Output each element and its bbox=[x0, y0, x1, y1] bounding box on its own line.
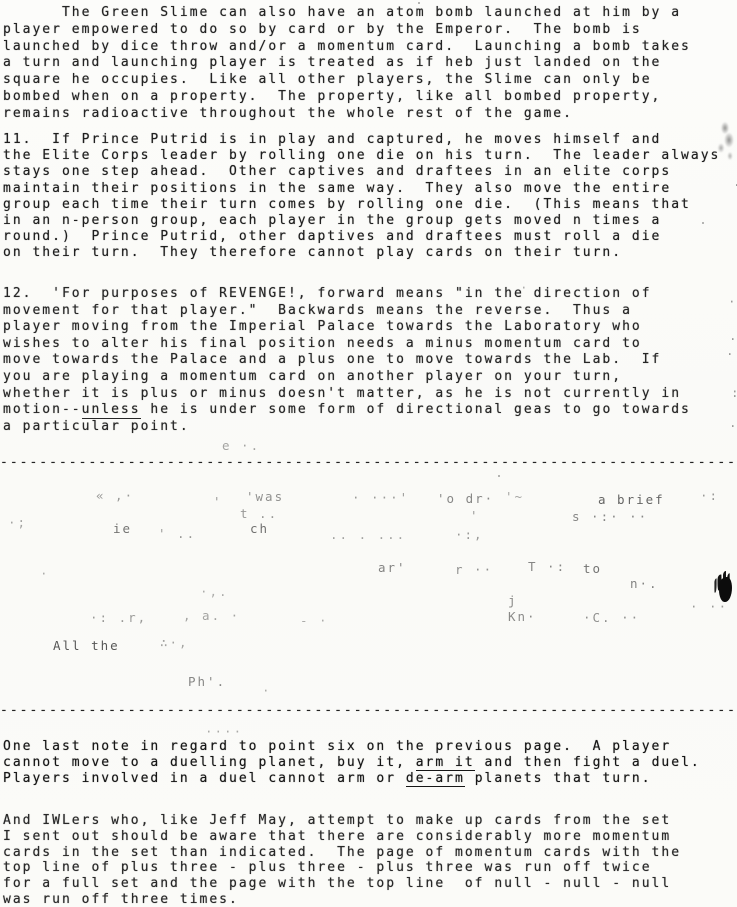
paragraph-duel-note: One last note in regard to point six on … bbox=[3, 739, 701, 786]
faded-fragment: · bbox=[262, 684, 272, 697]
paragraph-rule-11: 11. If Prince Putrid is in play and capt… bbox=[3, 132, 720, 262]
faded-fragment: ·C. ·· bbox=[583, 611, 640, 624]
underlined-text: arm it bbox=[416, 755, 475, 772]
faded-fragment: ' bbox=[213, 495, 223, 508]
underlined-text: de-arm bbox=[406, 771, 465, 788]
faded-fragment: ·: bbox=[700, 489, 719, 502]
ink-smudge bbox=[713, 118, 737, 166]
faded-fragment: ·: .r, bbox=[90, 611, 147, 624]
faded-fragment: . bbox=[733, 175, 737, 188]
ink-blot bbox=[719, 577, 732, 602]
faded-fragment: 'was bbox=[246, 490, 284, 503]
faded-fragment: : bbox=[731, 386, 737, 399]
paragraph-rule-12: 12. 'For purposes of REVENGE!, forward m… bbox=[3, 286, 691, 435]
faded-fragment: ·:, bbox=[455, 528, 484, 541]
faded-fragment: Ph'. bbox=[188, 675, 226, 688]
faded-fragment: .. . ... bbox=[330, 528, 406, 541]
faded-fragment: n·. bbox=[630, 577, 659, 590]
faded-fragment: ···· bbox=[205, 725, 243, 738]
faded-fragment: s ·:· ·· bbox=[572, 510, 648, 523]
faded-fragment: · ···' bbox=[352, 491, 409, 504]
faded-fragment: '~ bbox=[505, 490, 524, 503]
dashed-separator-top: ----------------------------------------… bbox=[0, 456, 737, 470]
faded-fragment: ·; bbox=[8, 516, 27, 529]
faded-fragment: j bbox=[508, 594, 518, 607]
faded-fragment: Kn· bbox=[508, 610, 537, 623]
faded-fragment: e ·. bbox=[222, 439, 260, 452]
faded-fragment: . bbox=[729, 329, 737, 342]
faded-fragment: ∴·, bbox=[160, 636, 189, 649]
faded-fragment: 'o dr· bbox=[437, 492, 494, 505]
faded-fragment: - · bbox=[300, 614, 329, 627]
document-page: The Green Slime can also have an atom bo… bbox=[0, 0, 737, 907]
faded-fragment: All the bbox=[53, 639, 120, 652]
faded-fragment: to bbox=[583, 562, 602, 575]
faded-fragment: · ·· bbox=[690, 600, 728, 613]
paragraph-atom-bomb: The Green Slime can also have an atom bo… bbox=[3, 5, 691, 123]
faded-fragment: · bbox=[40, 567, 50, 580]
faded-fragment: ar' bbox=[378, 561, 407, 574]
dashed-separator-bottom: ----------------------------------------… bbox=[0, 704, 737, 718]
faded-fragment: , a. · bbox=[183, 609, 240, 622]
faded-fragment: ie bbox=[113, 522, 132, 535]
faded-fragment: ' bbox=[470, 509, 480, 522]
paragraph-momentum-cards-note: And IWLers who, like Jeff May, attempt t… bbox=[3, 813, 681, 907]
paper-speck bbox=[498, 475, 500, 477]
faded-fragment: r ·· bbox=[455, 563, 493, 576]
faded-fragment: « ,· bbox=[96, 489, 134, 502]
faded-fragment: · bbox=[728, 295, 737, 308]
faded-fragment: a brief bbox=[598, 493, 665, 506]
faded-fragment: . : bbox=[726, 344, 737, 357]
faded-fragment: ch bbox=[250, 522, 269, 535]
faded-fragment: ·,. bbox=[200, 585, 229, 598]
faded-fragment: t .. bbox=[240, 507, 278, 520]
faded-fragment: T ·: bbox=[528, 560, 566, 573]
faded-fragment: . bbox=[729, 416, 737, 429]
underlined-text: unless bbox=[82, 402, 141, 419]
paper-speck bbox=[702, 222, 704, 224]
faded-fragment: ' .. bbox=[158, 527, 196, 540]
paper-speck bbox=[418, 2, 420, 4]
